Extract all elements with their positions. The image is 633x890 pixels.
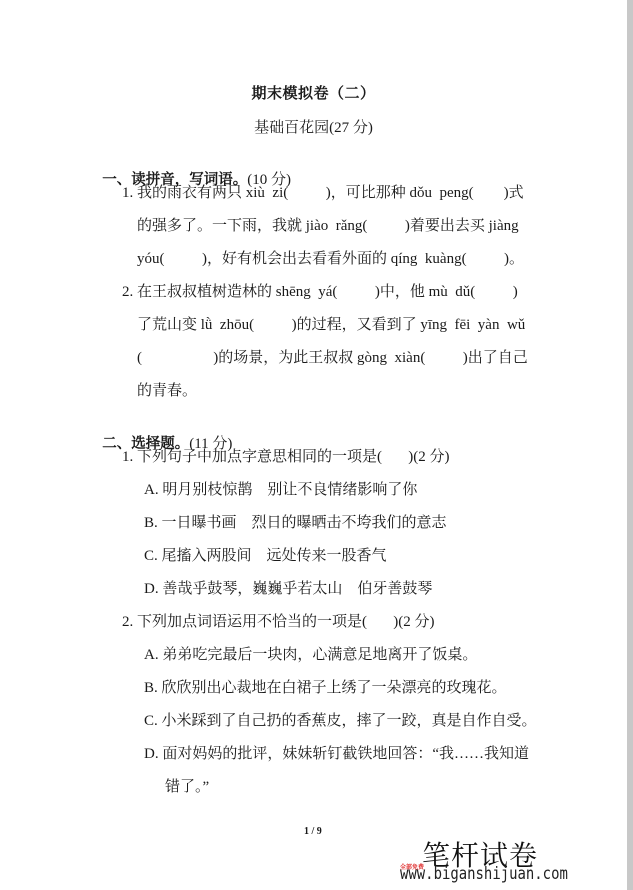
page-number: 1 / 9 xyxy=(304,826,322,837)
option-c: C. 尾搐入两股间 远处传来一股香气 xyxy=(144,546,387,566)
option-a: A. 明月别枝惊鹊 别让不良情绪影响了你 xyxy=(144,480,417,500)
option-c: C. 小米踩到了自己扔的香蕉皮，摔了一跤，真是自作自受。 xyxy=(144,711,537,731)
page-title: 期末模拟卷（二） xyxy=(0,82,627,103)
document-page: 期末模拟卷（二） 基础百花园(27 分) 一、读拼音，写词语。(10 分) 1.… xyxy=(0,0,627,890)
option-d: D. 面对妈妈的批评，妹妹斩钉截铁地回答：“我……我知道 xyxy=(144,744,529,764)
page-subtitle: 基础百花园(27 分) xyxy=(0,116,627,137)
option-a: A. 弟弟吃完最后一块肉，心满意足地离开了饭桌。 xyxy=(144,645,477,665)
option-d: D. 善哉乎鼓琴，巍巍乎若太山 伯牙善鼓琴 xyxy=(144,579,432,599)
question-line: 1. 我的雨衣有两只 xiù zi( )，可比那种 dǒu peng( )式 xyxy=(122,183,524,203)
option-d-continued: 错了。” xyxy=(165,777,209,797)
watermark-url: www.biganshijuan.com xyxy=(400,864,568,884)
question-stem: 1. 下列句子中加点字意思相同的一项是( )(2 分) xyxy=(122,447,449,467)
question-line: yóu( )，好有机会出去看看外面的 qíng kuàng( )。 xyxy=(137,249,524,269)
question-line: 的强多了。一下雨，我就 jiào rǎng( )着要出去买 jiàng xyxy=(137,216,519,236)
scrollbar[interactable] xyxy=(627,0,633,890)
question-line: 的青春。 xyxy=(137,381,197,401)
option-b: B. 一日曝书画 烈日的曝晒击不垮我们的意志 xyxy=(144,513,447,533)
question-line: 2. 在王叔叔植树造林的 shēng yá( )中，他 mù dǔ( ) xyxy=(122,282,518,302)
question-stem: 2. 下列加点词语运用不恰当的一项是( )(2 分) xyxy=(122,612,434,632)
option-b: B. 欣欣别出心裁地在白裙子上绣了一朵漂亮的玫瑰花。 xyxy=(144,678,507,698)
question-line: ( )的场景，为此王叔叔 gòng xiàn( )出了自己 xyxy=(137,348,528,368)
question-line: 了荒山变 lǜ zhōu( )的过程，又看到了 yīng fēi yàn wǔ xyxy=(137,315,525,335)
